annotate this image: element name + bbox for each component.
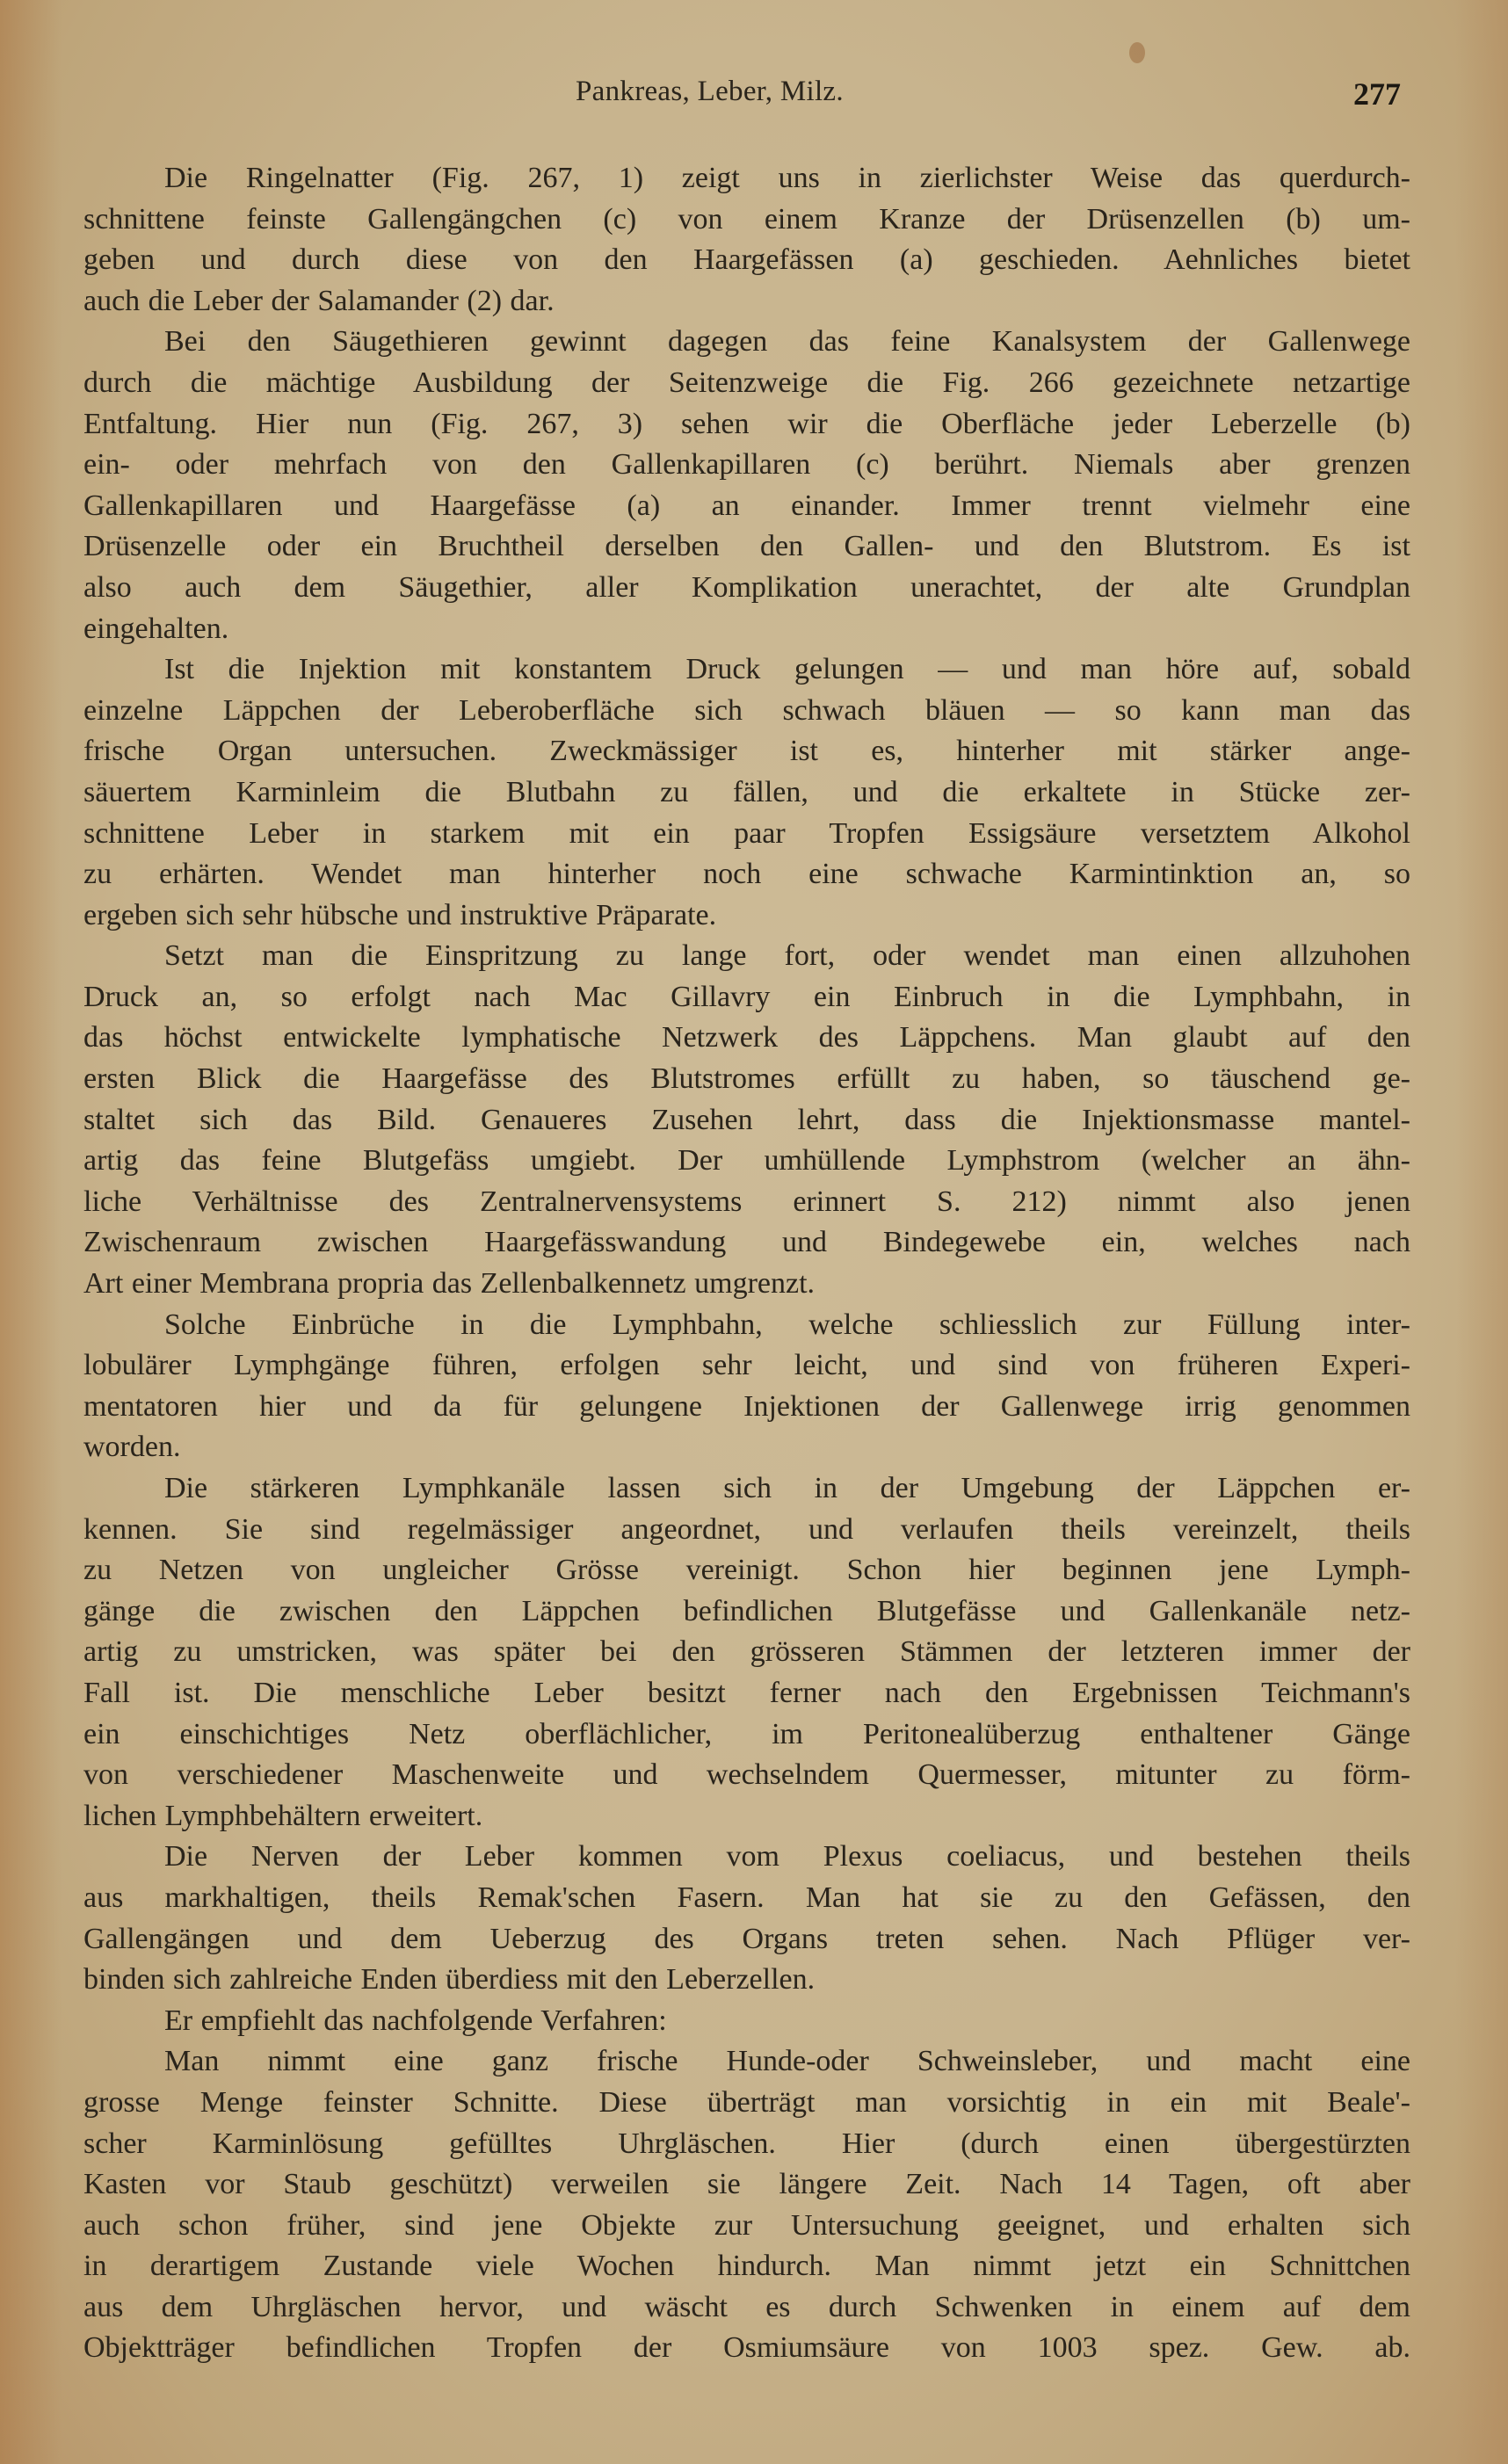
- text-line: auch die Leber der Salamander (2) dar.: [83, 281, 1410, 322]
- text-line: Man nimmt eine ganz frische Hunde-oder S…: [83, 2041, 1410, 2083]
- text-line: Ist die Injektion mit konstantem Druck g…: [83, 649, 1410, 691]
- text-line: geben und durch diese von den Haargefäss…: [83, 240, 1410, 281]
- running-title: Pankreas, Leber, Milz.: [576, 76, 844, 108]
- text-line: mentatoren hier und da für gelungene Inj…: [83, 1387, 1410, 1428]
- text-line: auch schon früher, sind jene Objekte zur…: [83, 2206, 1410, 2247]
- text-line: aus dem Uhrgläschen hervor, und wäscht e…: [83, 2287, 1410, 2329]
- text-line: durch die mächtige Ausbildung der Seiten…: [83, 363, 1410, 404]
- text-line: kennen. Sie sind regelmässiger angeordne…: [83, 1510, 1410, 1551]
- text-line: ein einschichtiges Netz oberflächlicher,…: [83, 1714, 1410, 1756]
- text-line: Zwischenraum zwischen Haargefässwandung …: [83, 1222, 1410, 1264]
- text-line: Art einer Membrana propria das Zellenbal…: [83, 1264, 1410, 1305]
- text-line: lobulärer Lymphgänge führen, erfolgen se…: [83, 1345, 1410, 1387]
- page-header: Pankreas, Leber, Milz. 277: [0, 76, 1508, 120]
- text-line: Gallenkapillaren und Haargefässe (a) an …: [83, 486, 1410, 527]
- text-line: Kasten vor Staub geschützt) verweilen si…: [83, 2164, 1410, 2206]
- text-line: Druck an, so erfolgt nach Mac Gillavry e…: [83, 977, 1410, 1018]
- text-line: schnittene feinste Gallengängchen (c) vo…: [83, 199, 1410, 241]
- text-line: schnittene Leber in starkem mit ein paar…: [83, 814, 1410, 855]
- text-line: Die Nerven der Leber kommen vom Plexus c…: [83, 1837, 1410, 1878]
- text-line: scher Karminlösung gefülltes Uhrgläschen…: [83, 2124, 1410, 2165]
- text-line: Entfaltung. Hier nun (Fig. 267, 3) sehen…: [83, 404, 1410, 446]
- page-number: 277: [1353, 76, 1401, 112]
- text-line: von verschiedener Maschenweite und wechs…: [83, 1755, 1410, 1796]
- text-line: Fall ist. Die menschliche Leber besitzt …: [83, 1673, 1410, 1714]
- text-line: das höchst entwickelte lymphatische Netz…: [83, 1018, 1410, 1059]
- text-line: ersten Blick die Haargefässe des Blutstr…: [83, 1059, 1410, 1100]
- text-line: Die stärkeren Lymphkanäle lassen sich in…: [83, 1468, 1410, 1510]
- text-line: Setzt man die Einspritzung zu lange fort…: [83, 936, 1410, 977]
- text-line: frische Organ untersuchen. Zweckmässiger…: [83, 731, 1410, 772]
- body-text: Die Ringelnatter (Fig. 267, 1) zeigt uns…: [83, 158, 1410, 2369]
- text-line: worden.: [83, 1427, 1410, 1468]
- text-line: Die Ringelnatter (Fig. 267, 1) zeigt uns…: [83, 158, 1410, 199]
- text-line: Objektträger befindlichen Tropfen der Os…: [83, 2328, 1410, 2369]
- text-line: zu erhärten. Wendet man hinterher noch e…: [83, 854, 1410, 895]
- text-line: Gallengängen und dem Ueberzug des Organs…: [83, 1919, 1410, 1960]
- text-line: staltet sich das Bild. Genaueres Zusehen…: [83, 1100, 1410, 1141]
- text-line: artig das feine Blutgefäss umgiebt. Der …: [83, 1141, 1410, 1182]
- text-line: Solche Einbrüche in die Lymphbahn, welch…: [83, 1305, 1410, 1346]
- text-line: grosse Menge feinster Schnitte. Diese üb…: [83, 2083, 1410, 2124]
- text-line: liche Verhältnisse des Zentralnervensyst…: [83, 1182, 1410, 1223]
- text-line: aus markhaltigen, theils Remak'schen Fas…: [83, 1878, 1410, 1919]
- text-line: einzelne Läppchen der Leberoberfläche si…: [83, 691, 1410, 732]
- text-line: zu Netzen von ungleicher Grösse vereinig…: [83, 1550, 1410, 1591]
- text-line: binden sich zahlreiche Enden überdiess m…: [83, 1960, 1410, 2001]
- text-line: lichen Lymphbehältern erweitert.: [83, 1796, 1410, 1837]
- text-line: ein- oder mehrfach von den Gallenkapilla…: [83, 445, 1410, 486]
- text-line: Drüsenzelle oder ein Bruchtheil derselbe…: [83, 526, 1410, 568]
- text-line: also auch dem Säugethier, aller Komplika…: [83, 568, 1410, 609]
- text-line: Bei den Säugethieren gewinnt dagegen das…: [83, 322, 1410, 363]
- text-line: in derartigem Zustande viele Wochen hind…: [83, 2246, 1410, 2287]
- ink-stain-mark: [1129, 42, 1145, 63]
- text-line: Er empfiehlt das nachfolgende Verfahren:: [83, 2001, 1410, 2042]
- text-line: säuertem Karminleim die Blutbahn zu fäll…: [83, 772, 1410, 814]
- page-edge-shadow-right: [1455, 0, 1508, 2464]
- text-line: gänge die zwischen den Läppchen befindli…: [83, 1591, 1410, 1633]
- text-line: artig zu umstricken, was später bei den …: [83, 1632, 1410, 1673]
- text-line: eingehalten.: [83, 609, 1410, 650]
- page-edge-shadow-left: [0, 0, 62, 2464]
- text-line: ergeben sich sehr hübsche und instruktiv…: [83, 895, 1410, 937]
